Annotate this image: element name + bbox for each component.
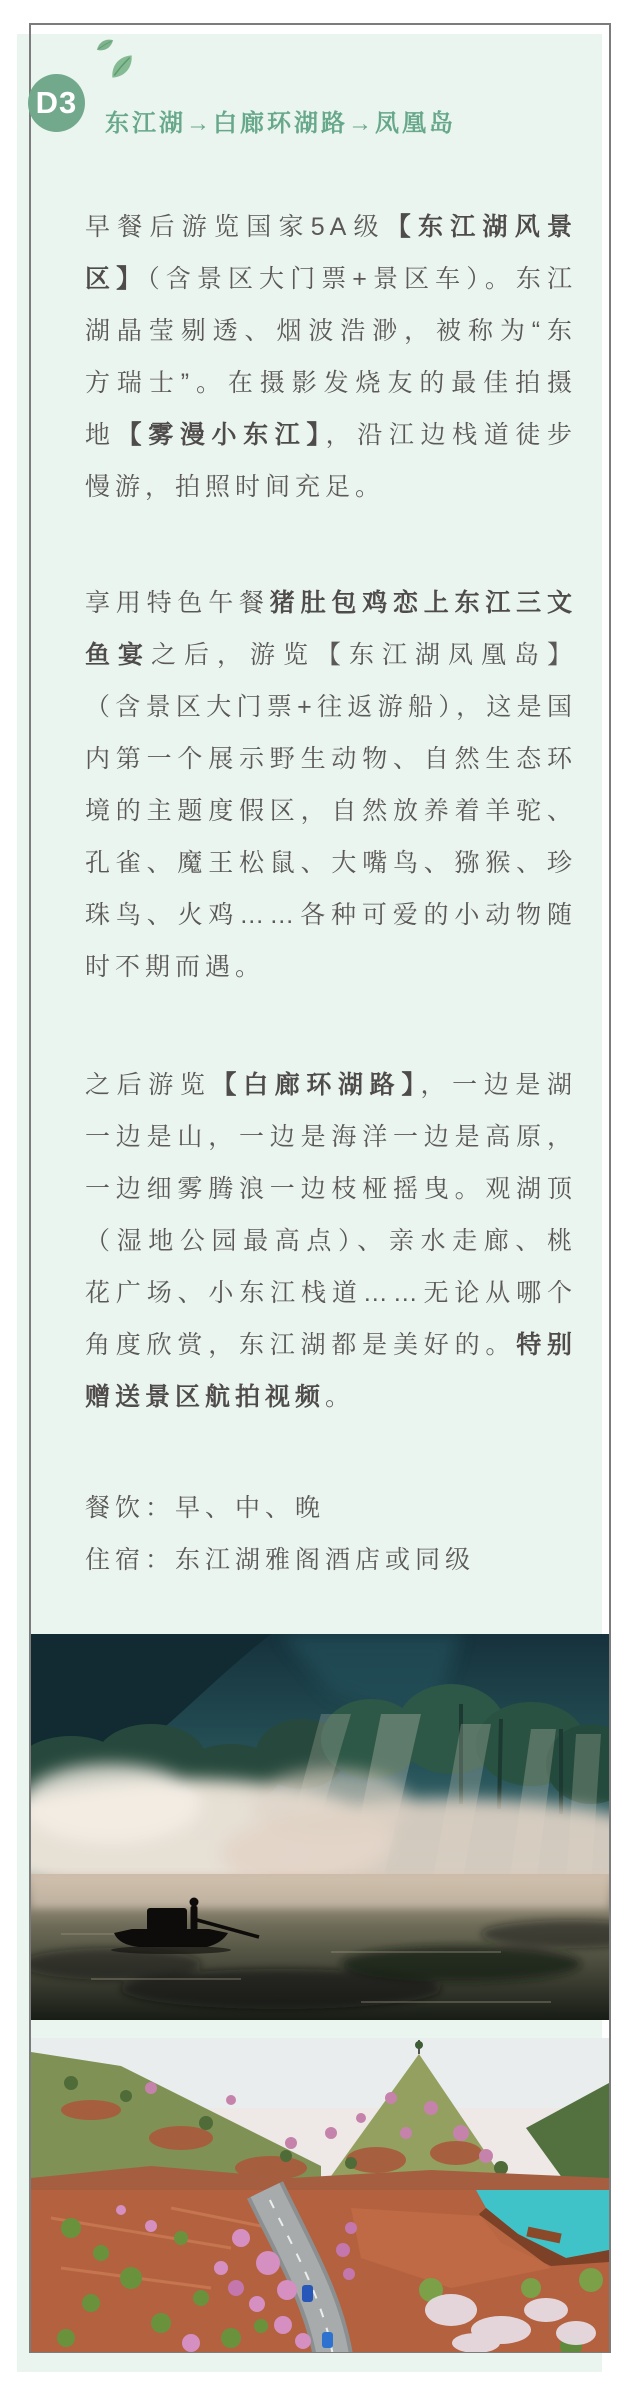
paragraph-bailang-road: 之后游览【白廊环湖路】，一边是湖一边是山，一边是海洋一边是高原，一边细雾腾浪一边… — [85, 1059, 577, 1423]
itinerary-day3-section: D3 东江湖→白廊环湖路→凤凰岛 早餐后游览国家5A级【东江湖风景区】（含景区大… — [0, 0, 631, 2400]
leaf-icon — [107, 53, 137, 80]
paragraph-phoenix-island: 享用特色午餐猪肚包鸡恋上东江三文鱼宴之后，游览【东江湖凤凰岛】（含景区大门票+往… — [85, 577, 577, 993]
card-content: D3 东江湖→白廊环湖路→凤凰岛 早餐后游览国家5A级【东江湖风景区】（含景区大… — [31, 25, 609, 2352]
leaf-icon — [95, 33, 115, 56]
day-badge: D3 — [28, 74, 85, 132]
day-route-title: 东江湖→白廊环湖路→凤凰岛 — [105, 103, 456, 138]
paragraph-scenic-area: 早餐后游览国家5A级【东江湖风景区】（含景区大门票+景区车）。东江湖晶莹剔透、烟… — [85, 201, 577, 513]
lodging-line: 住宿：东江湖雅阁酒店或同级 — [85, 1534, 609, 1586]
day-badge-label: D3 — [36, 85, 78, 121]
aerial-road-photo — [31, 2038, 609, 2352]
misty-lake-photo — [31, 1634, 609, 2020]
aerial-road-illustration — [31, 2038, 609, 2352]
meals-line: 餐饮：早、中、晚 — [85, 1482, 609, 1534]
misty-lake-illustration — [31, 1634, 609, 2020]
